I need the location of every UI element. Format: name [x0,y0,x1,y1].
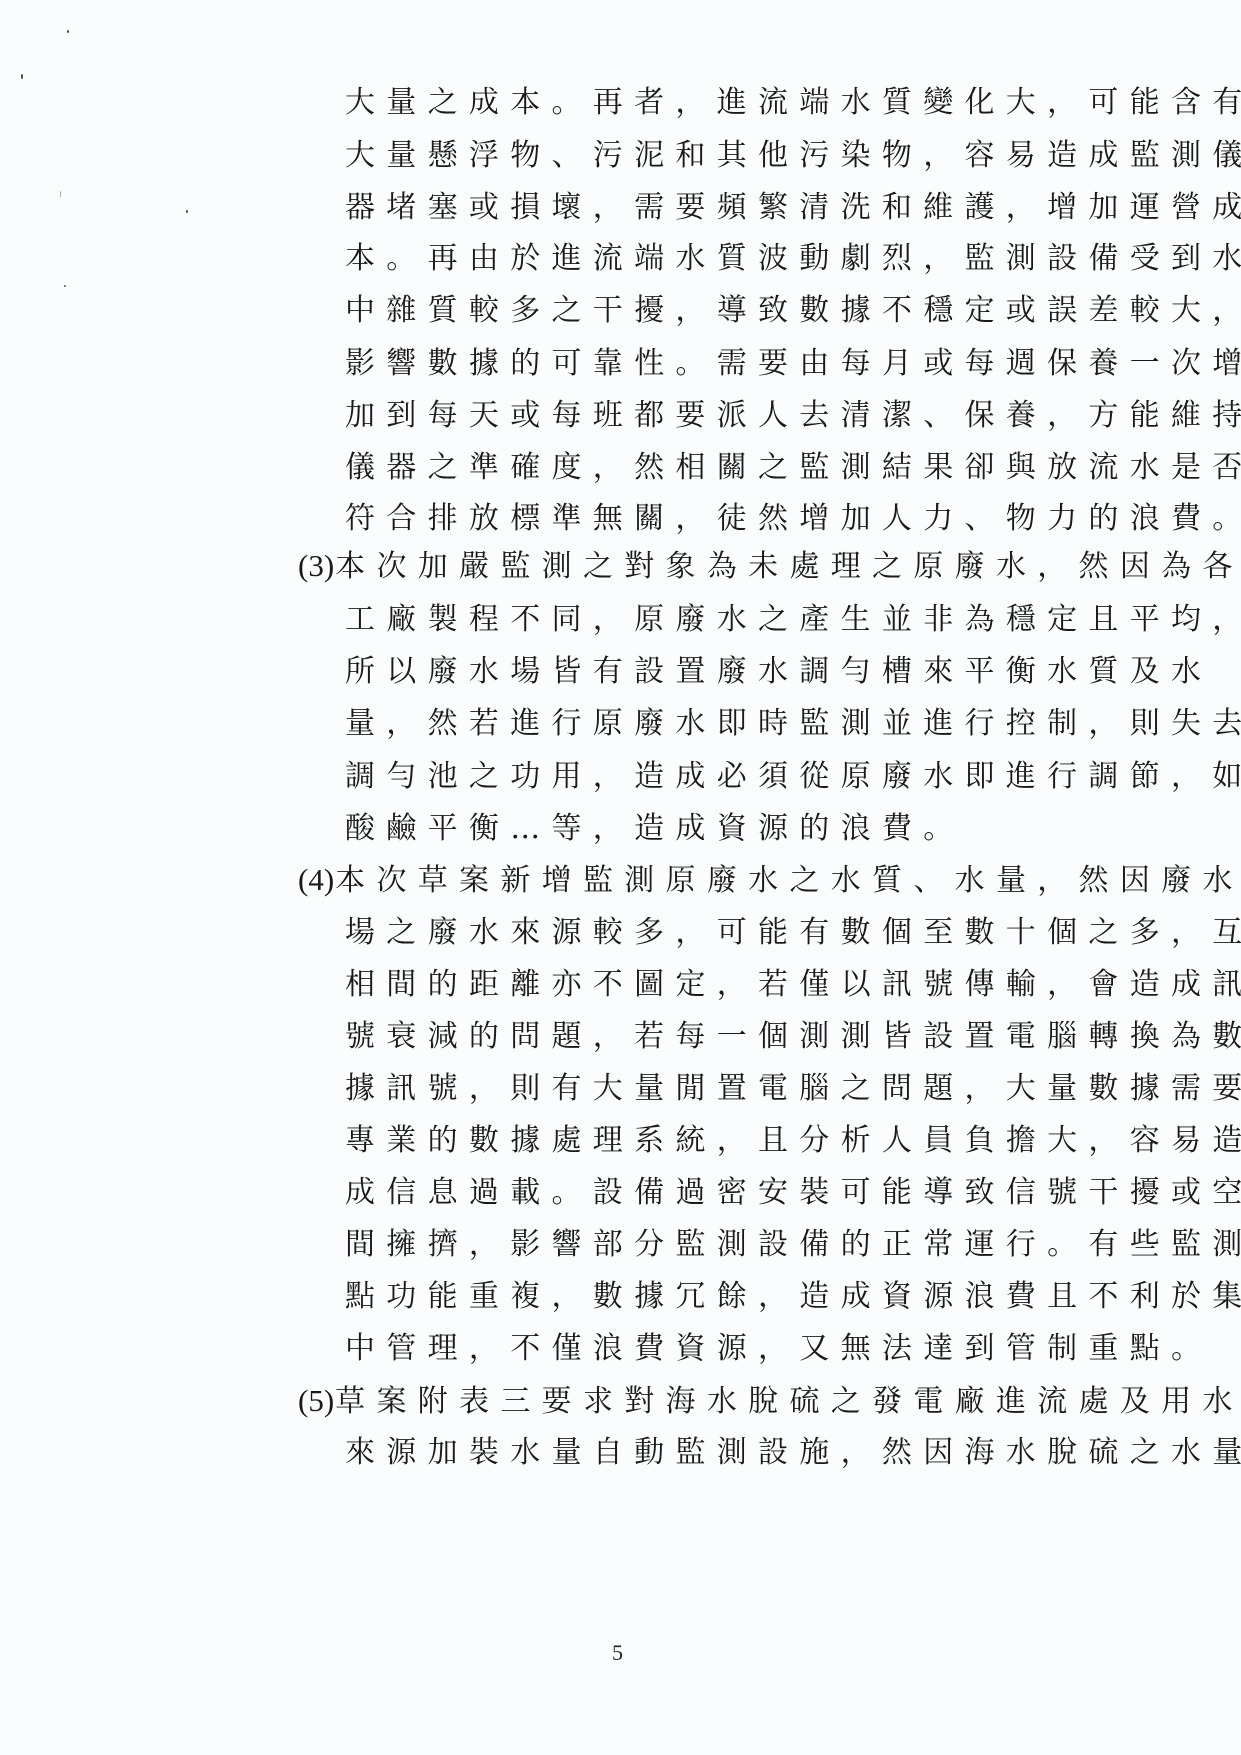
text-line: 器堵塞或損壞，需要頻繁清洗和維護，增加運營成 [345,182,1105,234]
text-line: (3)本次加嚴監測之對象為未處理之原廢水，然因為各 [298,540,1058,592]
text-line: 中管理，不僅浪費資源，又無法達到管制重點。 [345,1323,1105,1375]
scan-speck [60,191,61,197]
page-number: 5 [612,1640,623,1666]
scan-speck [21,74,23,79]
text-line: 酸鹼平衡…等，造成資源的浪費。 [345,803,1105,855]
text-line: 調勻池之功用，造成必須從原廢水即進行調節，如 [345,751,1105,803]
text-line: 號衰減的問題，若每一個測測皆設置電腦轉換為數 [345,1011,1105,1063]
text-line: 成信息過載。設備過密安裝可能導致信號干擾或空 [345,1167,1105,1219]
text-line: 點功能重複，數據冗餘，造成資源浪費且不利於集 [345,1271,1105,1323]
text-line: 相間的距離亦不圖定，若僅以訊號傳輸，會造成訊 [345,959,1105,1011]
text-line: 所以廢水場皆有設置廢水調勻槽來平衡水質及水 [345,646,1105,698]
text-line: 量，然若進行原廢水即時監測並進行控制，則失去 [345,698,1105,750]
scan-speck [186,210,188,213]
document-page: 大量之成本。再者，進流端水質變化大，可能含有 大量懸浮物、污泥和其他污染物，容易… [0,0,1241,1755]
text-line: 據訊號，則有大量閒置電腦之問題，大量數據需要 [345,1063,1105,1115]
text-line: 符合排放標準無關，徒然增加人力、物力的浪費。 [345,493,1105,545]
text-line: 來源加裝水量自動監測設施，然因海水脫硫之水量 [345,1427,1105,1479]
text-line: 間擁擠，影響部分監測設備的正常運行。有些監測 [345,1219,1105,1271]
list-marker: (5) [298,1383,334,1418]
text-line: (4)本次草案新增監測原廢水之水質、水量，然因廢水 [298,854,1058,906]
text-line: 中雜質較多之干擾，導致數據不穩定或誤差較大， [345,285,1105,337]
text-line: 工廠製程不同，原廢水之產生並非為穩定且平均， [345,594,1105,646]
list-marker: (4) [298,862,334,897]
list-marker: (3) [298,548,334,583]
scan-speck [67,30,69,33]
text-line: 大量懸浮物、污泥和其他污染物，容易造成監測儀 [345,130,1105,182]
text-line: 本。再由於進流端水質波動劇烈，監測設備受到水 [345,233,1105,285]
text-line: 場之廢水來源較多，可能有數個至數十個之多，互 [345,907,1105,959]
text-line: 專業的數據處理系統，且分析人員負擔大，容易造 [345,1115,1105,1167]
list-item-text: 本次加嚴監測之對象為未處理之原廢水，然因為各 [335,549,1241,584]
text-line: 儀器之準確度，然相關之監測結果卻與放流水是否 [345,442,1105,494]
scan-speck [64,285,66,287]
text-line: (5)草案附表三要求對海水脫硫之發電廠進流處及用水 [298,1375,1058,1427]
text-line: 影響數據的可靠性。需要由每月或每週保養一次增 [345,338,1105,390]
text-line: 加到每天或每班都要派人去清潔、保養，方能維持 [345,390,1105,442]
list-item-text: 草案附表三要求對海水脫硫之發電廠進流處及用水 [335,1384,1241,1419]
list-item-text: 本次草案新增監測原廢水之水質、水量，然因廢水 [335,863,1241,898]
text-line: 大量之成本。再者，進流端水質變化大，可能含有 [345,77,1105,129]
